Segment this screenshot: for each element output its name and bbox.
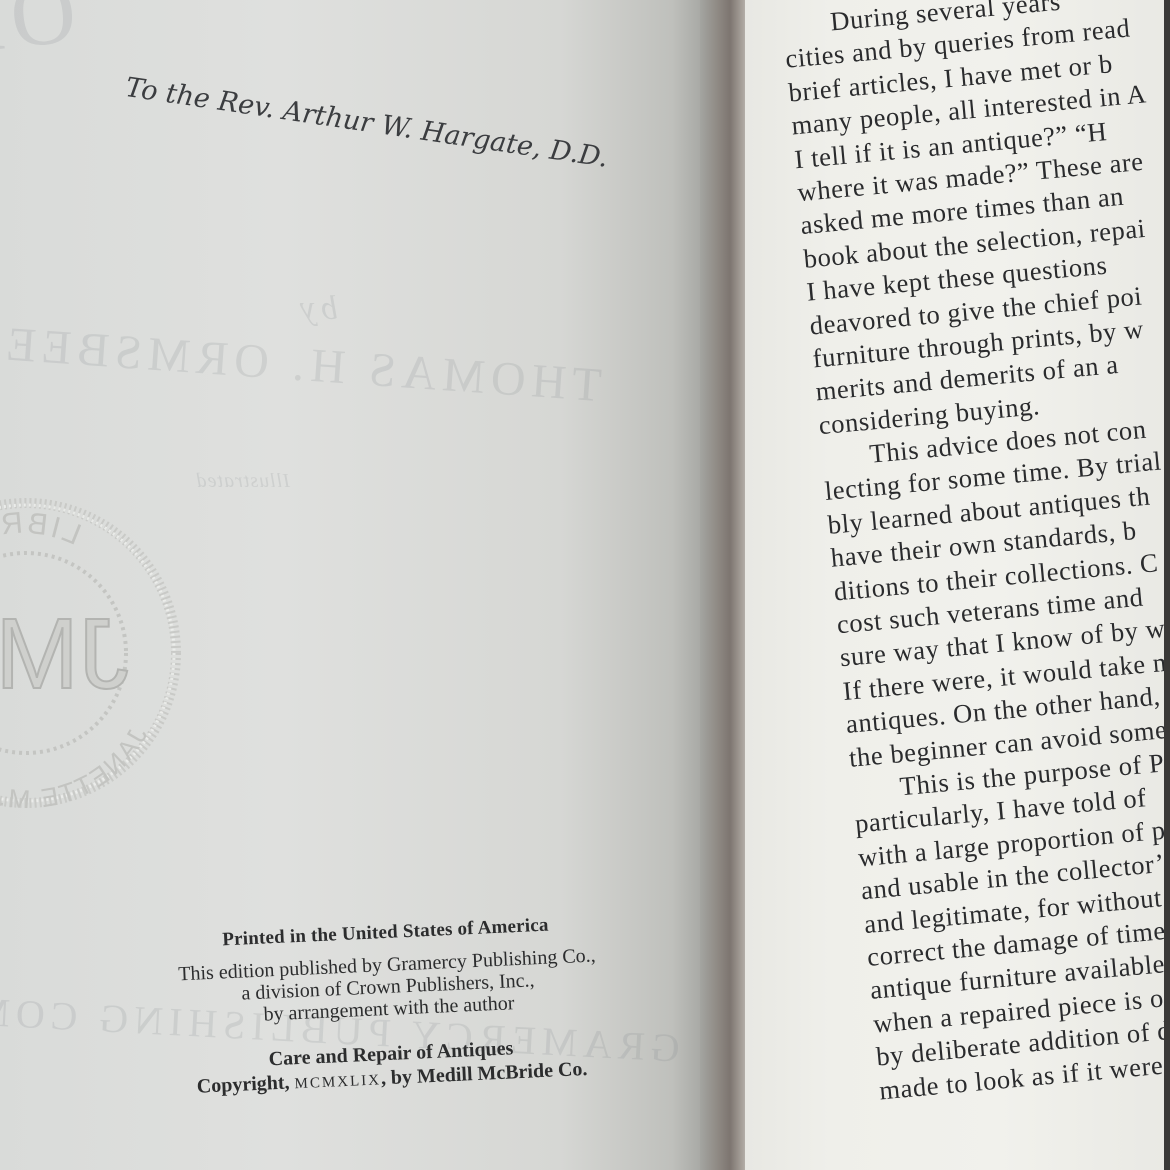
- svg-text:JMC: JMC: [0, 598, 129, 710]
- imprint-block: Printed in the United States of America …: [150, 911, 627, 1102]
- copyright-prefix: Copyright,: [196, 1072, 290, 1098]
- copyright-year: MCMXLIX: [294, 1072, 381, 1092]
- book-gutter: [700, 0, 750, 1170]
- open-book-photo: OF ANTIQUES by THOMAS H. ORMSBEE Illustr…: [0, 0, 1170, 1170]
- dedication: To the Rev. Arthur W. Hargate, D.D.: [123, 72, 682, 184]
- embossed-library-seal-icon: LIBRARY JANETTE M. GI... JMC: [0, 498, 202, 808]
- show-through-author: THOMAS H. ORMSBEE: [81, 322, 604, 413]
- right-page: During several yearscities and by querie…: [745, 0, 1170, 1170]
- body-text: During several yearscities and by querie…: [781, 0, 1170, 1107]
- show-through-by: by: [294, 290, 338, 328]
- svg-text:JANETTE M. GI...: JANETTE M. GI...: [0, 722, 153, 808]
- show-through-illustrated: Illustrated: [196, 470, 290, 493]
- show-through-title: OF ANTIQUES: [0, 0, 81, 130]
- page-edge-shadow: [1164, 0, 1170, 1170]
- left-page: OF ANTIQUES by THOMAS H. ORMSBEE Illustr…: [0, 0, 700, 1170]
